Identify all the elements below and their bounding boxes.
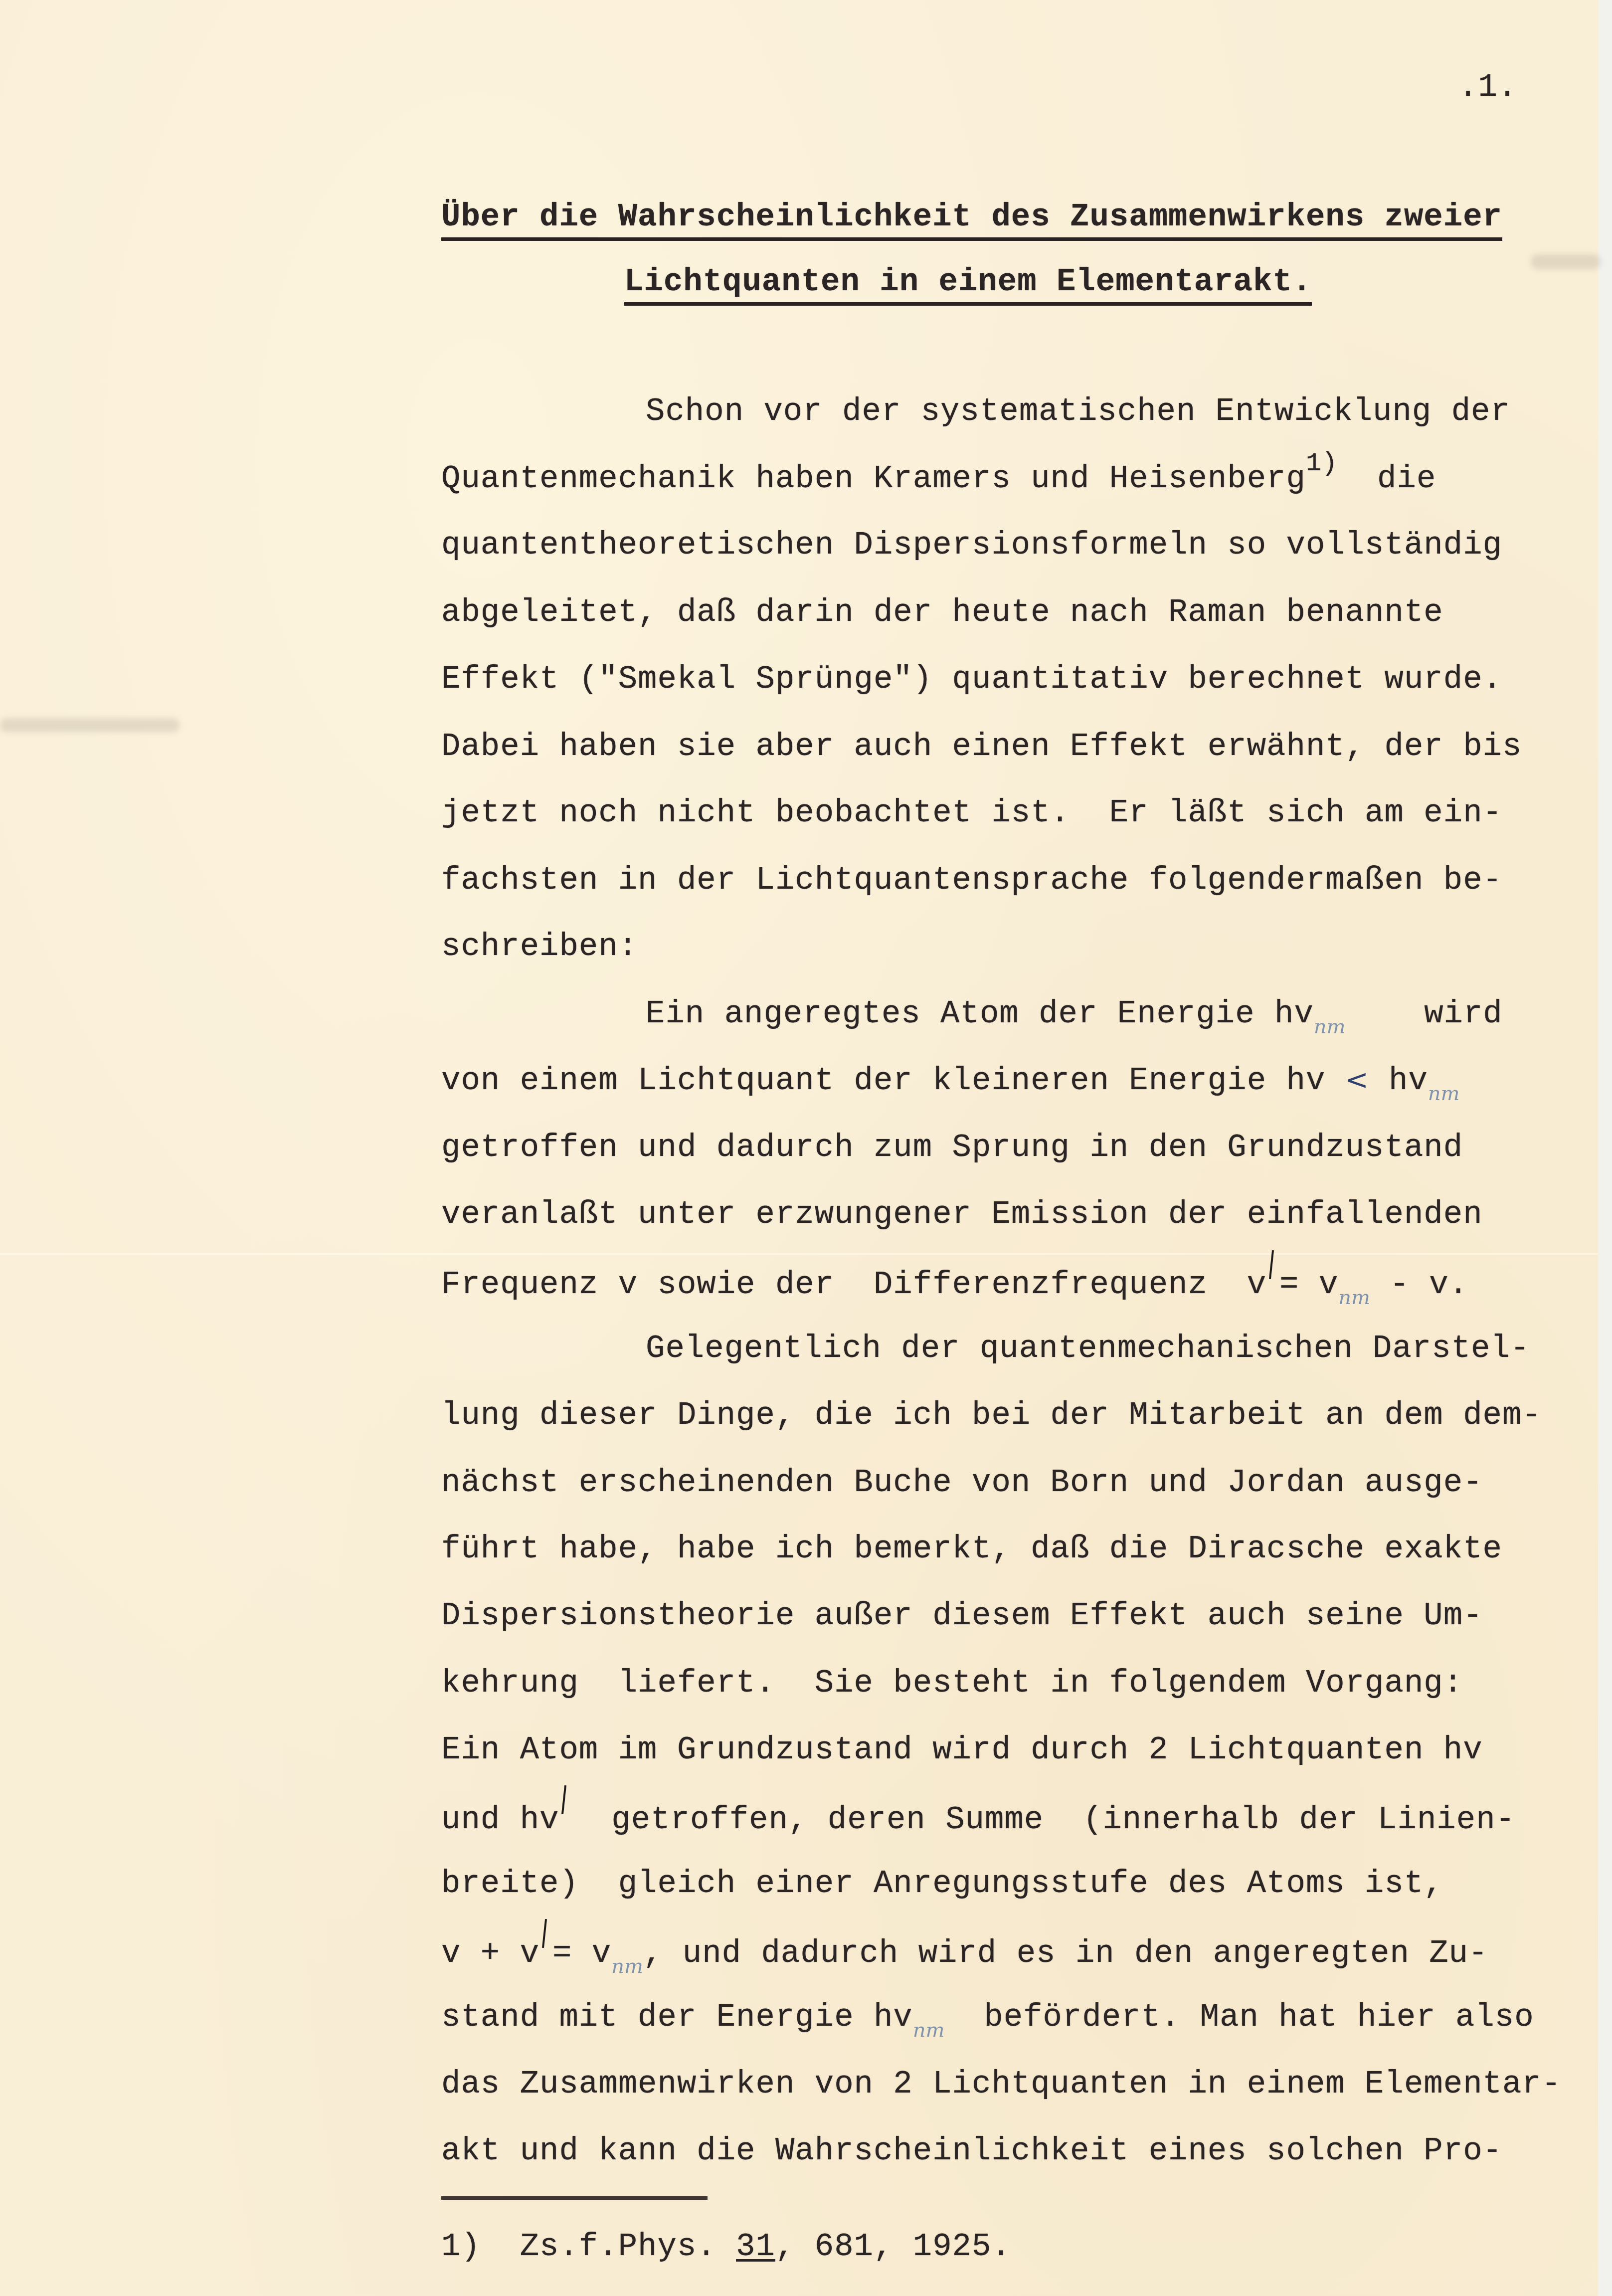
text-run: = v [1279, 1267, 1338, 1303]
text-run: - v. [1370, 1267, 1468, 1303]
paper-fold-crease [0, 1253, 1598, 1255]
text-line: Schon vor der systematischen Entwicklung… [646, 394, 1510, 430]
text-run: v + v [441, 1936, 539, 1972]
text-run: Frequenz v sowie der Differenzfrequenz v [441, 1267, 1266, 1303]
text-run: die [1338, 461, 1436, 497]
paper-smudge [1531, 254, 1601, 269]
text-line: nächst erscheinenden Buche von Born und … [441, 1465, 1483, 1501]
handwritten-subscript: nm [1314, 1015, 1346, 1038]
footnote-separator [441, 2196, 708, 2200]
text-line: akt und kann die Wahrscheinlichkeit eine… [441, 2133, 1502, 2169]
text-run: und hv [441, 1802, 559, 1838]
text-run: , und dadurch wird es in den angeregten … [643, 1936, 1488, 1972]
text-line: Frequenz v sowie der Differenzfrequenz v… [441, 1264, 1468, 1303]
text-line: und hv getroffen, deren Summe (innerhalb… [441, 1799, 1515, 1838]
text-run: Ein angeregtes Atom der Energie hv [646, 996, 1314, 1032]
handwritten-subscript: nm [1428, 1082, 1460, 1105]
text-run: Quantenmechanik haben Kramers und Heisen… [441, 461, 1306, 497]
handwritten-subscript: nm [913, 2019, 945, 2042]
text-line: kehrung liefert. Sie besteht in folgende… [441, 1666, 1463, 1702]
text-line: Ein Atom im Grundzustand wird durch 2 Li… [441, 1732, 1483, 1768]
title-line-2: Lichtquanten in einem Elementarakt. [624, 264, 1312, 306]
handwritten-subscript: nm [1338, 1286, 1370, 1309]
text-run: = v [552, 1936, 611, 1972]
footnote-journal: Zs.f.Phys. [520, 2229, 716, 2265]
text-line: von einem Lichtquant der kleineren Energ… [441, 1063, 1460, 1099]
handwritten-less-than: < [1345, 1064, 1369, 1096]
title-line-1: Über die Wahrscheinlichkeit des Zusammen… [441, 199, 1502, 241]
text-line: Quantenmechanik haben Kramers und Heisen… [441, 461, 1436, 497]
scan-background-edge [1598, 0, 1612, 2296]
footnote-marker: 1) [441, 2229, 481, 2265]
text-line: abgeleitet, daß darin der heute nach Ram… [441, 595, 1443, 631]
text-line: v + v= vnm, und dadurch wird es in den a… [441, 1933, 1488, 1972]
text-run: stand mit der Energie hv [441, 2000, 913, 2036]
text-run: befördert. Man hat hier also [944, 2000, 1534, 2036]
text-line: Dabei haben sie aber auch einen Effekt e… [441, 729, 1522, 765]
text-run: hv [1369, 1063, 1428, 1099]
text-line: Gelegentlich der quantenmechanischen Dar… [646, 1331, 1530, 1367]
footnote: 1) Zs.f.Phys. 31, 681, 1925. [441, 2229, 1011, 2265]
text-line: Effekt ("Smekal Sprünge") quantitativ be… [441, 662, 1502, 698]
text-line: getroffen und dadurch zum Sprung in den … [441, 1130, 1463, 1166]
text-line: lung dieser Dinge, die ich bei der Mitar… [441, 1398, 1542, 1434]
paper-smudge [0, 718, 179, 732]
page-number: .1. [1458, 70, 1517, 106]
footnote-volume: 31 [736, 2229, 775, 2265]
text-line: schreiben: [441, 929, 638, 965]
text-line: Dispersionstheorie außer diesem Effekt a… [441, 1598, 1483, 1634]
text-line: fachsten in der Lichtquantensprache folg… [441, 863, 1502, 899]
text-line: stand mit der Energie hvnm befördert. Ma… [441, 2000, 1534, 2036]
text-line: Ein angeregtes Atom der Energie hvnm wir… [646, 996, 1503, 1032]
text-run: getroffen, deren Summe (innerhalb der Li… [572, 1802, 1515, 1838]
footnote-rest: , 681, 1925. [775, 2229, 1011, 2265]
text-run: wird [1346, 996, 1503, 1032]
text-line: führt habe, habe ich bemerkt, daß die Di… [441, 1531, 1502, 1567]
text-line: jetzt noch nicht beobachtet ist. Er läßt… [441, 795, 1502, 831]
text-run: von einem Lichtquant der kleineren Energ… [441, 1063, 1345, 1099]
text-line: das Zusammenwirken von 2 Lichtquanten in… [441, 2067, 1561, 2103]
handwritten-subscript: nm [611, 1955, 643, 1978]
text-line: quantentheoretischen Dispersionsformeln … [441, 528, 1502, 564]
text-line: veranlaßt unter erzwungener Emission der… [441, 1197, 1483, 1233]
footnote-ref: 1) [1306, 449, 1338, 478]
text-line: breite) gleich einer Anregungsstufe des … [441, 1866, 1443, 1902]
